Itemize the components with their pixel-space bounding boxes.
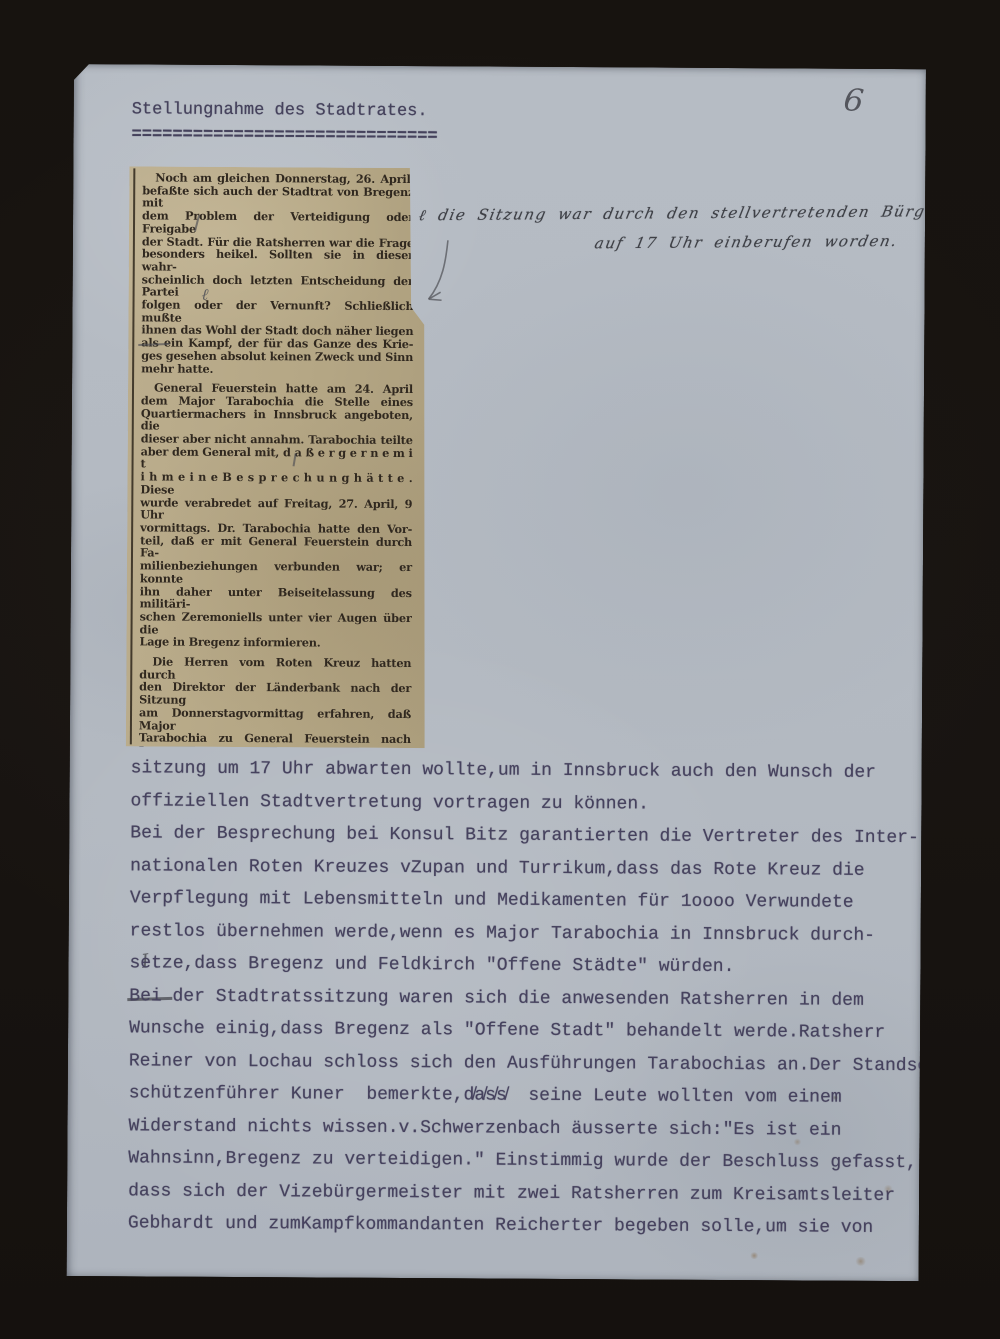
document-page: 6 Stellungnahme des Stadtrates. ========… <box>67 64 926 1281</box>
clipping-line: besonders heikel. Sollten sie in dieser … <box>142 248 414 275</box>
clipping-line: i h m e i n e B e s p r e c h u n g h ä … <box>140 471 412 498</box>
clipping-line: Lage in Bregenz informieren. <box>139 636 411 650</box>
clipping-line: milienbeziehungen verbunden war; er konn… <box>140 560 412 587</box>
margin-annotation-line2: auf 17 Uhr einberufen worden. <box>593 232 900 252</box>
clipping-line: am Donnerstagvormittag erfahren, daß Maj… <box>139 706 411 733</box>
clipping-line: mehr hatte. <box>141 362 413 376</box>
clipping-line: ihn daher unter Beiseitelassung des mili… <box>140 585 412 612</box>
foxing-stain <box>855 1257 867 1266</box>
newspaper-column-rule <box>130 168 136 744</box>
typed-line: Gebhardt und zumKampfkommandanten Reiche… <box>128 1207 926 1244</box>
clipping-paragraph: General Feuerstein hatte am 24. Aprildem… <box>139 382 413 650</box>
clipping-line: scheinlich doch letzten Entscheidung der… <box>142 273 414 300</box>
clipping-line: dem Problem der Verteidigung oder Freiga… <box>142 210 414 237</box>
clipping-line: befaßte sich auch der Stadtrat von Brege… <box>142 184 414 211</box>
pencil-arrow <box>422 237 458 315</box>
page-heading: Stellungnahme des Stadtrates. <box>132 100 428 121</box>
clipping-line: den Direktor der Länderbank nach der Sit… <box>139 681 411 708</box>
clipping-line: wurde verabredet auf Freitag, 27. April,… <box>140 496 412 523</box>
typed-line: Verpflegung mit Lebensmitteln und Medika… <box>130 882 926 919</box>
foxing-stain <box>793 1138 801 1145</box>
typed-line: restlos übernehmen werde,wenn es Major T… <box>130 915 926 952</box>
typed-line: Widerstand nichts wissen.v.Schwerzenbach… <box>128 1110 926 1147</box>
clipping-line: folgen oder der Vernunft? Schließlich mu… <box>141 298 413 325</box>
clipping-line: teil, daß er mit General Feuerstein durc… <box>140 534 412 561</box>
typed-line: Wunsche einig,dass Bregenz als "Offene S… <box>129 1012 926 1049</box>
clipping-line: Die Herren vom Roten Kreuz hatten durch <box>139 655 411 682</box>
clipping-line: schen Zeremoniells unter vier Augen über… <box>140 610 412 637</box>
typed-line: setze,dass Bregenz und Feldkirch "Offene… <box>129 947 926 984</box>
typed-line: Bei der Besprechung bei Konsul Bitz gara… <box>130 817 926 854</box>
typed-text-block: sitzung um 17 Uhr abwarten wollte,um in … <box>128 752 926 1244</box>
typed-line: schützenführer Kuner bemerkte,d̸a̸s̸s̸ s… <box>129 1077 926 1114</box>
typed-line: nationalen Roten Kreuzes vZupan und Turr… <box>130 850 926 887</box>
photo-background: 6 Stellungnahme des Stadtrates. ========… <box>0 0 1000 1339</box>
clipping-line: Quartiermachers in Innsbruck angeboten, … <box>141 407 413 434</box>
typed-line: Wahnsinn,Bregenz zu verteidigen." Einsti… <box>128 1142 926 1179</box>
typed-line: sitzung um 17 Uhr abwarten wollte,um in … <box>131 752 926 789</box>
pencil-insertion-mark: ℓ <box>201 285 209 305</box>
typed-line: dass sich der Vizebürgermeister mit zwei… <box>128 1175 926 1212</box>
heading-underline: ============================== <box>132 125 438 146</box>
newspaper-clipping: Noch am gleichen Donnerstag, 26. April,b… <box>126 166 430 748</box>
foxing-stain <box>883 1185 893 1193</box>
typed-line: offiziellen Stadtvertretung vortragen zu… <box>130 785 926 822</box>
clipping-line: aber dem General mit, d a ß e r g e r n … <box>141 445 413 472</box>
typed-line: Bei der Stadtratssitzung waren sich die … <box>129 980 926 1017</box>
clipping-paragraph: Noch am gleichen Donnerstag, 26. April,b… <box>141 171 414 376</box>
margin-annotation-line1: ℓ die Sitzung war durch den stellvertret… <box>417 202 926 226</box>
page-number: 6 <box>842 82 866 120</box>
typed-line: Reiner von Lochau schloss sich den Ausfü… <box>129 1045 926 1082</box>
foxing-stain <box>750 1252 759 1259</box>
foxing-stain <box>832 1096 839 1100</box>
